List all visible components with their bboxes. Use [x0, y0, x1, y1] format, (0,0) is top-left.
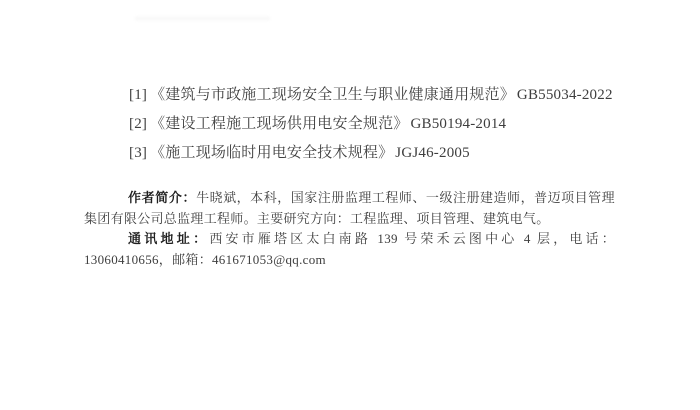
reference-item: [1]《建筑与市政施工现场安全卫生与职业健康通用规范》GB55034-2022: [129, 85, 613, 105]
reference-title: 《建筑与市政施工现场安全卫生与职业健康通用规范》: [150, 87, 515, 103]
references-list: [1]《建筑与市政施工现场安全卫生与职业健康通用规范》GB55034-2022 …: [129, 85, 613, 172]
scan-bleedthrough-artifact: [135, 16, 270, 21]
reference-item: [2]《建设工程施工现场供用电安全规范》GB50194-2014: [129, 114, 613, 134]
reference-title: 《建设工程施工现场供用电安全规范》: [150, 116, 408, 132]
document-page: [1]《建筑与市政施工现场安全卫生与职业健康通用规范》GB55034-2022 …: [0, 0, 700, 410]
reference-code: JGJ46-2005: [395, 145, 470, 161]
author-bio-label: 作者简介：: [128, 190, 196, 205]
author-bio-paragraph: 作者简介：牛晓斌，本科，国家注册监理工程师、一级注册建造师，普迈项目管理集团有限…: [84, 188, 615, 229]
reference-item: [3]《施工现场临时用电安全技术规程》JGJ46-2005: [129, 143, 613, 163]
author-contact-section: 作者简介：牛晓斌，本科，国家注册监理工程师、一级注册建造师，普迈项目管理集团有限…: [84, 188, 615, 270]
reference-code: GB50194-2014: [411, 116, 507, 132]
reference-title: 《施工现场临时用电安全技术规程》: [150, 145, 393, 161]
reference-code: GB55034-2022: [517, 87, 613, 103]
contact-label: 通讯地址：: [128, 231, 209, 246]
reference-index: [1]: [129, 87, 147, 103]
contact-paragraph: 通讯地址：西安市雁塔区太白南路 139 号荣禾云图中心 4 层，电话：13060…: [84, 229, 615, 270]
reference-index: [2]: [129, 116, 147, 132]
reference-index: [3]: [129, 145, 147, 161]
